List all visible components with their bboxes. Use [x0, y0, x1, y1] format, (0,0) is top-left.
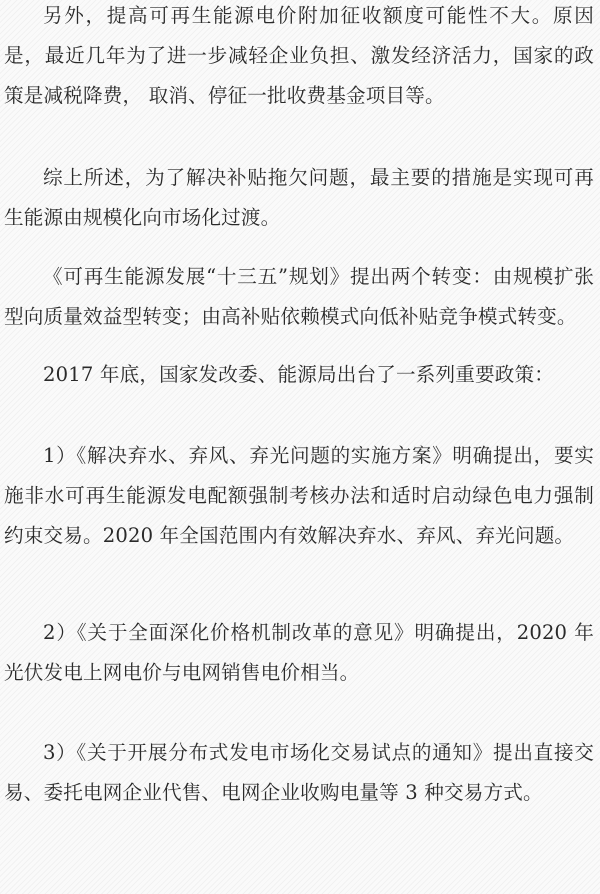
- paragraph-policy-2: 2）《关于全面深化价格机制改革的意见》明确提出，2020 年光伏发电上网电价与电…: [4, 613, 594, 693]
- paragraph-five-year-plan: 《可再生能源发展“十三五”规划》提出两个转变：由规模扩张型向质量效益型转变；由高…: [4, 257, 594, 337]
- paragraph-policy-3: 3）《关于开展分布式发电市场化交易试点的通知》提出直接交易、委托电网企业代售、电…: [4, 733, 594, 813]
- paragraph-2017-policies-intro: 2017 年底，国家发改委、能源局出台了一系列重要政策：: [4, 355, 594, 395]
- paragraph-subsidy-surcharge: 另外，提高可再生能源电价附加征收额度可能性不大。原因是，最近几年为了进一步减轻企…: [4, 0, 594, 116]
- document-body: 另外，提高可再生能源电价附加征收额度可能性不大。原因是，最近几年为了进一步减轻企…: [0, 0, 600, 894]
- paragraph-summary: 综上所述，为了解决补贴拖欠问题，最主要的措施是实现可再生能源由规模化向市场化过渡…: [4, 158, 594, 238]
- paragraph-policy-1: 1）《解决弃水、弃风、弃光问题的实施方案》明确提出，要实施非水可再生能源发电配额…: [4, 436, 594, 556]
